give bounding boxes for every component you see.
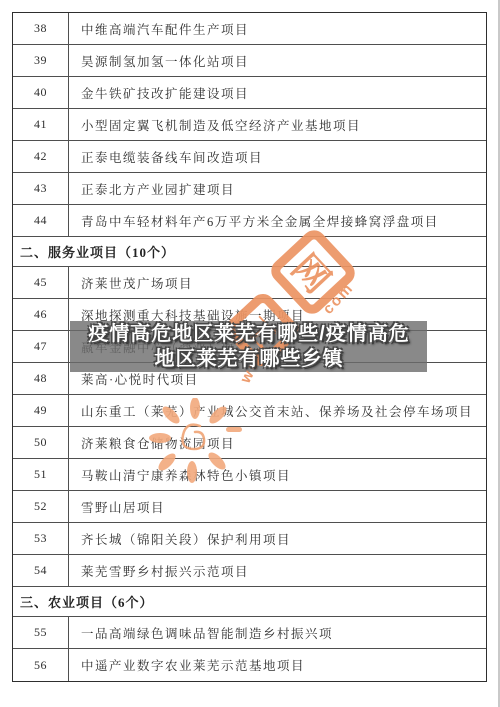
row-project-name: 金牛铁矿技改扩能建设项目 xyxy=(69,77,486,108)
row-number: 44 xyxy=(13,205,69,236)
row-project-name: 齐长城（锦阳关段）保护利用项目 xyxy=(69,523,486,554)
row-number: 41 xyxy=(13,109,69,140)
table-row: 52雪野山居项目 xyxy=(13,491,486,523)
page: 38中维高端汽车配件生产项目39昊源制氢加氢一体化站项目40金牛铁矿技改扩能建设… xyxy=(0,0,500,707)
row-number: 51 xyxy=(13,459,69,490)
row-project-name: 青岛中车轻材料年产6万平方米全金属全焊接蜂窝浮盘项目 xyxy=(69,205,486,236)
table-row: 40金牛铁矿技改扩能建设项目 xyxy=(13,77,486,109)
table-row: 43正泰北方产业园扩建项目 xyxy=(13,173,486,205)
table-row: 41小型固定翼飞机制造及低空经济产业基地项目 xyxy=(13,109,486,141)
table-row: 55一品高端绿色调味品智能制造乡村振兴项 xyxy=(13,617,486,649)
row-project-name: 昊源制氢加氢一体化站项目 xyxy=(69,45,486,76)
row-project-name: 小型固定翼飞机制造及低空经济产业基地项目 xyxy=(69,109,486,140)
row-number: 43 xyxy=(13,173,69,204)
row-number: 40 xyxy=(13,77,69,108)
row-number: 56 xyxy=(13,649,69,681)
row-number: 42 xyxy=(13,141,69,172)
row-project-name: 一品高端绿色调味品智能制造乡村振兴项 xyxy=(69,617,486,648)
row-number: 49 xyxy=(13,395,69,426)
row-number: 39 xyxy=(13,45,69,76)
table-row: 45济莱世茂广场项目 xyxy=(13,267,486,299)
row-number: 55 xyxy=(13,617,69,648)
table-row: 54莱芜雪野乡村振兴示范项目 xyxy=(13,555,486,587)
row-project-name: 雪野山居项目 xyxy=(69,491,486,522)
table-row: 39昊源制氢加氢一体化站项目 xyxy=(13,45,486,77)
row-number: 52 xyxy=(13,491,69,522)
row-number: 50 xyxy=(13,427,69,458)
row-number: 45 xyxy=(13,267,69,298)
row-project-name: 中维高端汽车配件生产项目 xyxy=(69,13,486,44)
row-project-name: 马鞍山清宁康养森林特色小镇项目 xyxy=(69,459,486,490)
headline-line-1: 疫情高危地区莱芜有哪些/疫情高危 xyxy=(60,322,438,347)
section-header-row: 三、农业项目（6个） xyxy=(13,587,486,617)
section-label: 二、服务业项目（10个） xyxy=(13,237,486,266)
table-row: 38中维高端汽车配件生产项目 xyxy=(13,13,486,45)
headline-line-2: 地区莱芜有哪些乡镇 xyxy=(60,347,438,372)
row-project-name: 中遥产业数字农业莱芜示范基地项目 xyxy=(69,649,486,681)
row-project-name: 正泰电缆装备线车间改造项目 xyxy=(69,141,486,172)
section-label: 三、农业项目（6个） xyxy=(13,587,486,616)
row-number: 53 xyxy=(13,523,69,554)
table-row: 53齐长城（锦阳关段）保护利用项目 xyxy=(13,523,486,555)
row-project-name: 济莱粮食仓储物流园项目 xyxy=(69,427,486,458)
table-row: 56中遥产业数字农业莱芜示范基地项目 xyxy=(13,649,486,681)
row-number: 54 xyxy=(13,555,69,586)
row-project-name: 莱芜雪野乡村振兴示范项目 xyxy=(69,555,486,586)
row-project-name: 正泰北方产业园扩建项目 xyxy=(69,173,486,204)
table-row: 44青岛中车轻材料年产6万平方米全金属全焊接蜂窝浮盘项目 xyxy=(13,205,486,237)
row-number: 38 xyxy=(13,13,69,44)
table-row: 42正泰电缆装备线车间改造项目 xyxy=(13,141,486,173)
sunburst-watermark-icon xyxy=(140,398,250,493)
row-project-name: 山东重工（莱芜）产业城公交首末站、保养场及社会停车场项目 xyxy=(69,395,486,426)
section-header-row: 二、服务业项目（10个） xyxy=(13,237,486,267)
headline-overlay: 疫情高危地区莱芜有哪些/疫情高危 地区莱芜有哪些乡镇 xyxy=(60,322,438,372)
